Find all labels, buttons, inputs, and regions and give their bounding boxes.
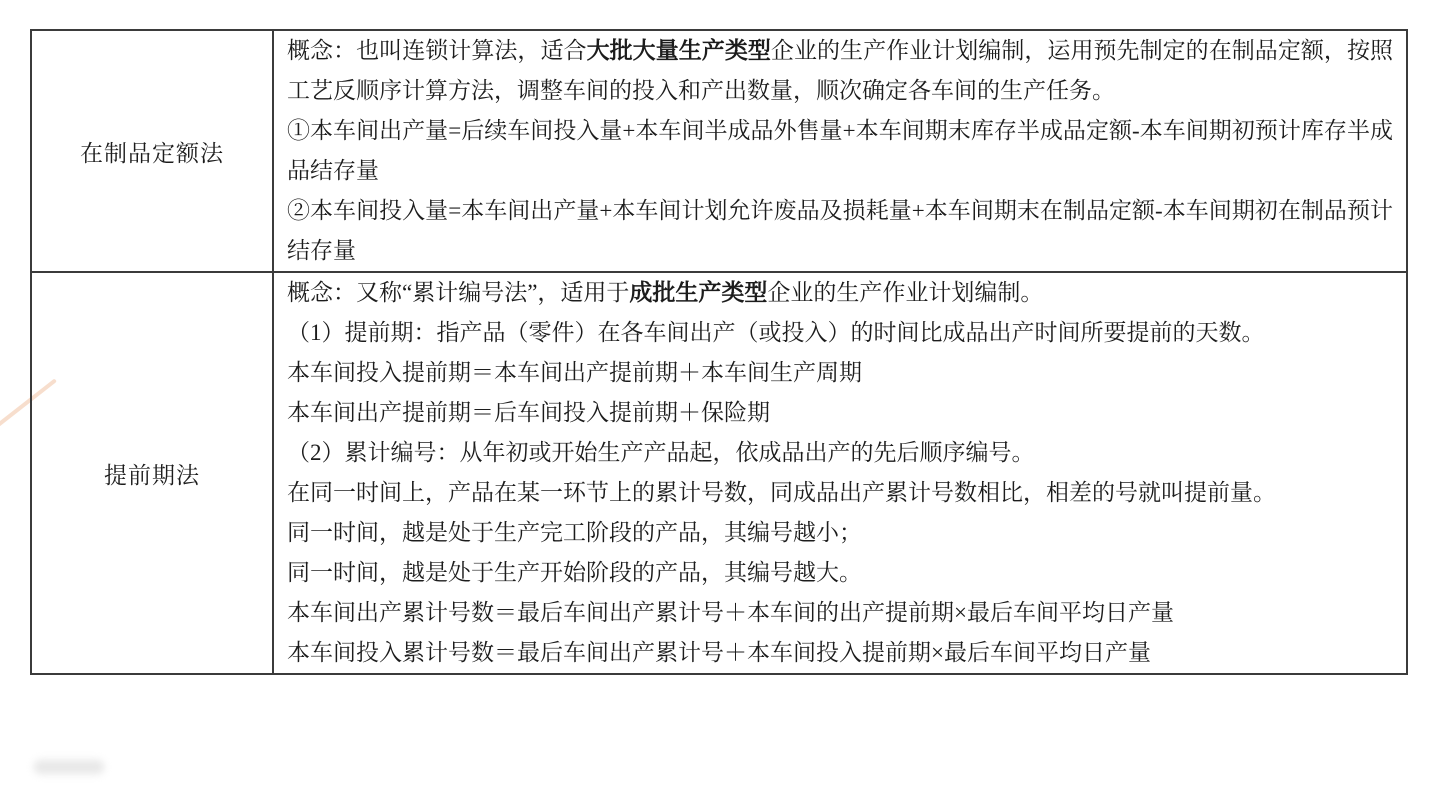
- concept-text-pre: 概念：也叫连锁计算法，适合: [287, 38, 587, 63]
- edge-smudge: [34, 760, 104, 774]
- concept-paragraph: 概念：又称“累计编号法”，适用于成批生产类型企业的生产作业计划编制。: [287, 273, 1393, 313]
- method-name-cell: 在制品定额法: [31, 30, 273, 272]
- concept-paragraph: 概念：也叫连锁计算法，适合大批大量生产类型企业的生产作业计划编制，运用预先制定的…: [287, 31, 1393, 111]
- concept-text-bold: 成批生产类型: [629, 280, 767, 305]
- formula-line: 本车间投入提前期＝本车间出产提前期＋本车间生产周期: [287, 353, 1393, 393]
- definition-line: （2）累计编号：从年初或开始生产产品起，依成品出产的先后顺序编号。: [287, 433, 1393, 473]
- document-page: 在制品定额法 概念：也叫连锁计算法，适合大批大量生产类型企业的生产作业计划编制，…: [0, 0, 1438, 787]
- table-row-wip-quota-method: 在制品定额法 概念：也叫连锁计算法，适合大批大量生产类型企业的生产作业计划编制，…: [31, 30, 1407, 272]
- explanation-line: 同一时间，越是处于生产开始阶段的产品，其编号越大。: [287, 553, 1393, 593]
- method-description-cell: 概念：也叫连锁计算法，适合大批大量生产类型企业的生产作业计划编制，运用预先制定的…: [273, 30, 1407, 272]
- definition-line: （1）提前期：指产品（零件）在各车间出产（或投入）的时间比成品出产时间所要提前的…: [287, 313, 1393, 353]
- table-row-lead-time-method: 提前期法 概念：又称“累计编号法”，适用于成批生产类型企业的生产作业计划编制。 …: [31, 272, 1407, 674]
- method-name-cell: 提前期法: [31, 272, 273, 674]
- concept-text-post: 企业的生产作业计划编制。: [767, 280, 1043, 305]
- formula-line: ①本车间出产量=后续车间投入量+本车间半成品外售量+本车间期末库存半成品定额-本…: [287, 111, 1393, 191]
- method-description-cell: 概念：又称“累计编号法”，适用于成批生产类型企业的生产作业计划编制。 （1）提前…: [273, 272, 1407, 674]
- explanation-line: 同一时间，越是处于生产完工阶段的产品，其编号越小；: [287, 513, 1393, 553]
- production-methods-table: 在制品定额法 概念：也叫连锁计算法，适合大批大量生产类型企业的生产作业计划编制，…: [30, 29, 1408, 675]
- formula-line: 本车间投入累计号数＝最后车间出产累计号＋本车间投入提前期×最后车间平均日产量: [287, 633, 1393, 673]
- concept-text-bold: 大批大量生产类型: [587, 38, 771, 63]
- method-name-label: 在制品定额法: [80, 141, 224, 166]
- formula-line: ②本车间投入量=本车间出产量+本车间计划允许废品及损耗量+本车间期末在制品定额-…: [287, 191, 1393, 271]
- concept-text-pre: 概念：又称“累计编号法”，适用于: [287, 280, 629, 305]
- method-name-label: 提前期法: [104, 463, 200, 488]
- formula-line: 本车间出产累计号数＝最后车间出产累计号＋本车间的出产提前期×最后车间平均日产量: [287, 593, 1393, 633]
- explanation-line: 在同一时间上，产品在某一环节上的累计号数，同成品出产累计号数相比，相差的号就叫提…: [287, 473, 1393, 513]
- formula-line: 本车间出产提前期＝后车间投入提前期＋保险期: [287, 393, 1393, 433]
